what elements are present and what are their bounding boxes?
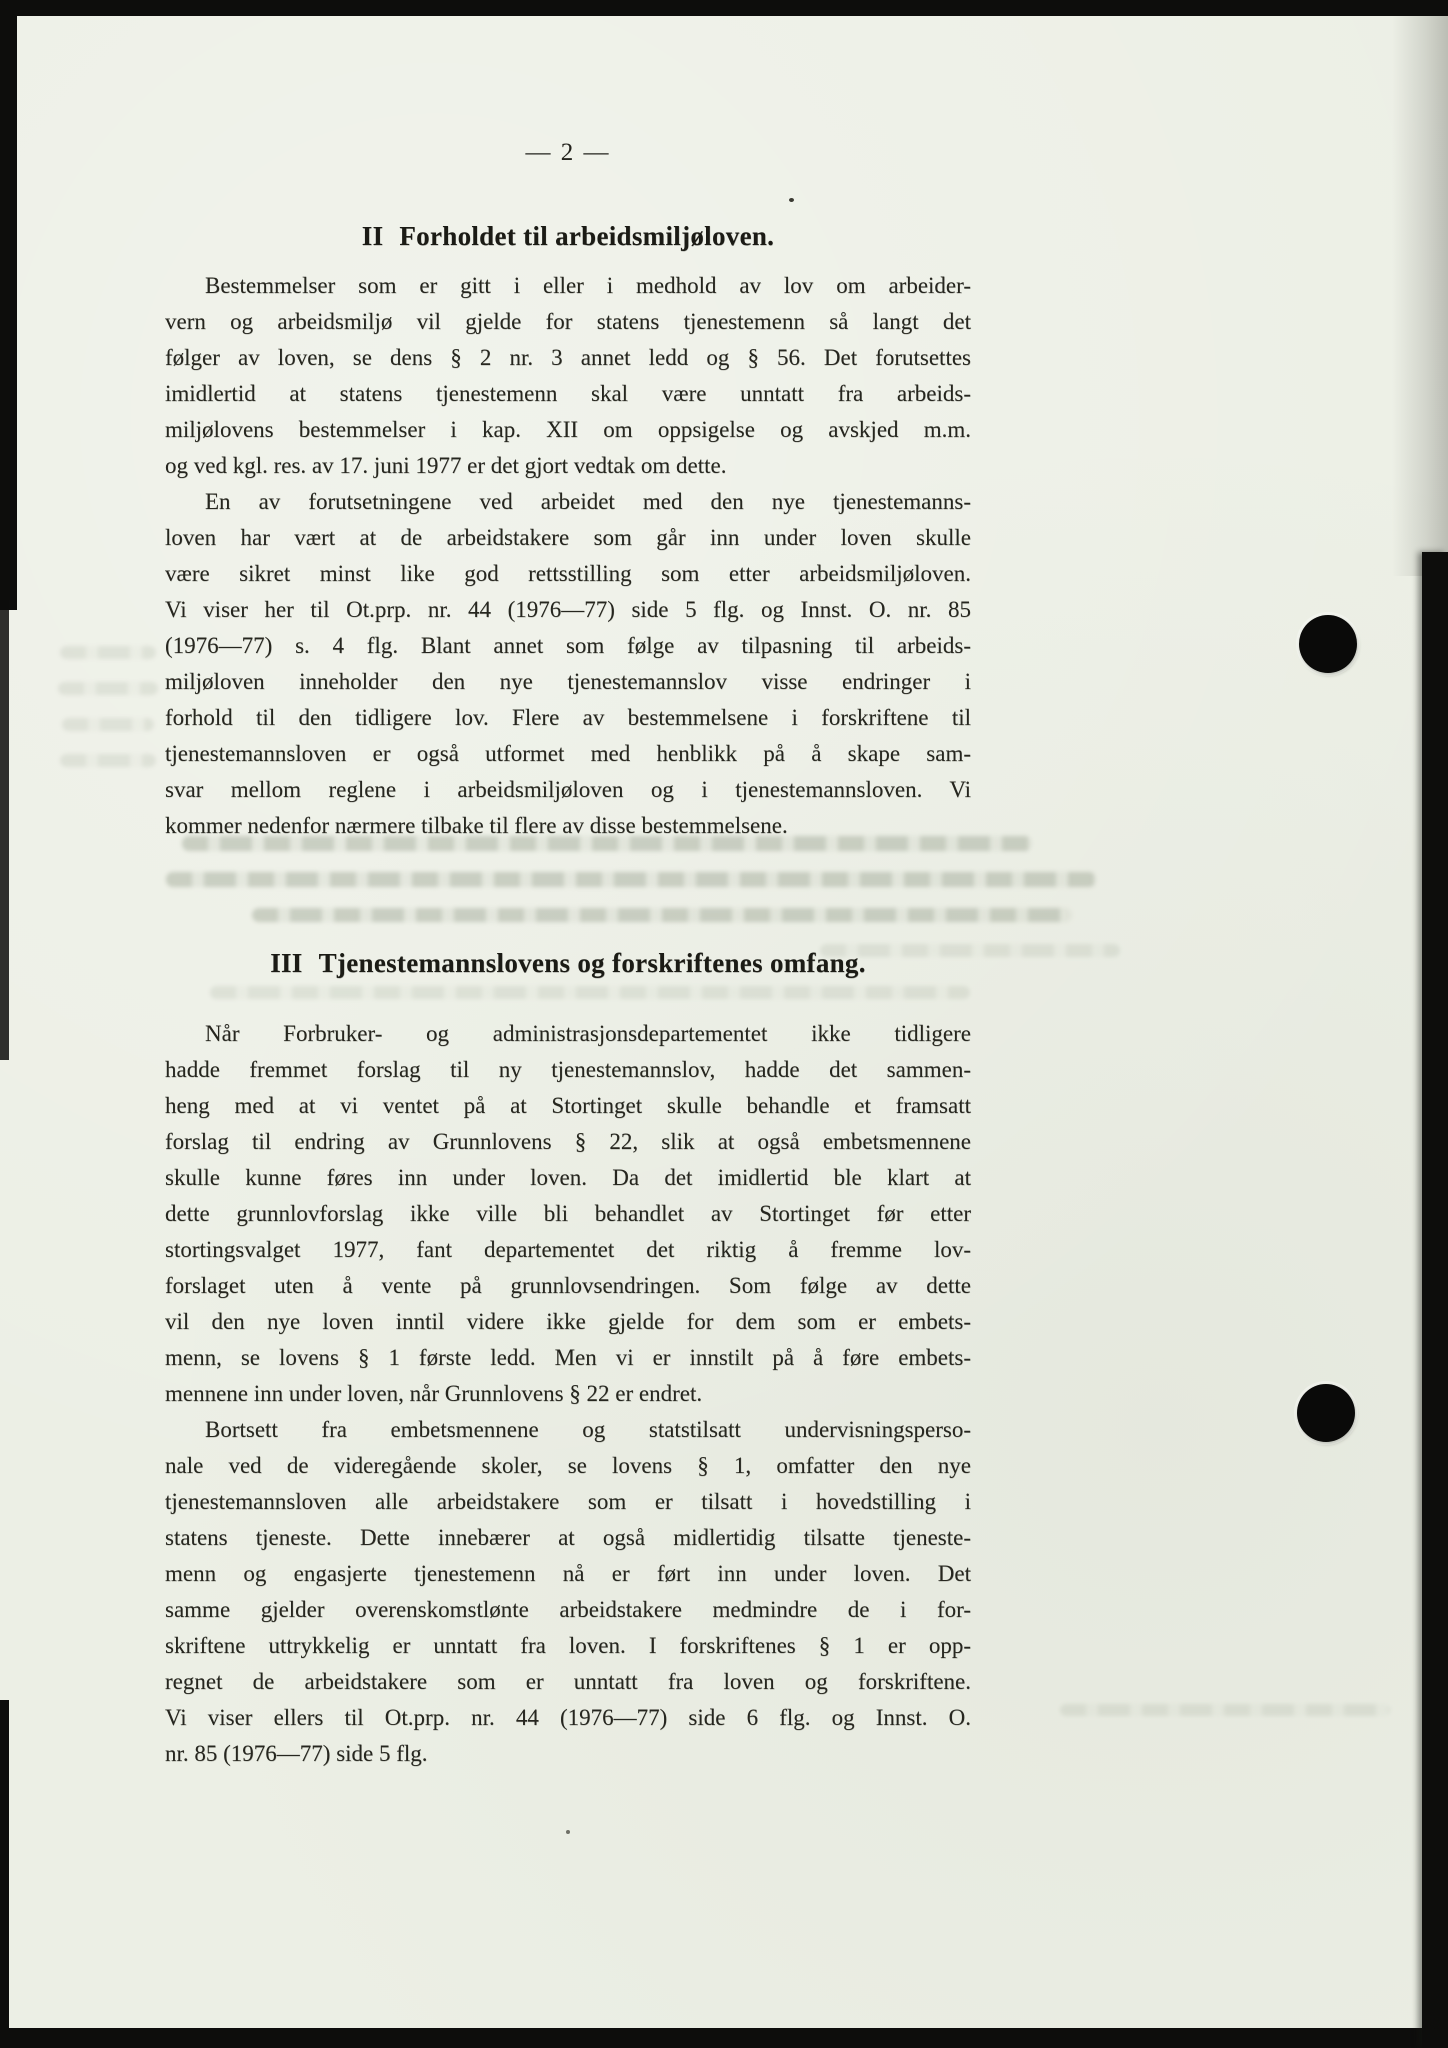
text-line: nr. 85 (1976—77) side 5 flg. [165,1736,971,1772]
text-line: samme gjelder overenskomstlønte arbeidst… [165,1592,971,1628]
section-title: Tjenestemannslovens og forskriftenes omf… [319,948,866,978]
text-line: vil den nye loven inntil videre ikke gje… [165,1304,971,1340]
bleed-through-artifact [62,718,154,731]
scan-edge-left [0,0,17,610]
bleed-through-artifact [820,944,1120,957]
text-line: hadde fremmet forslag til ny tjenesteman… [165,1052,971,1088]
text-line: skulle kunne føres inn under loven. Da d… [165,1160,971,1196]
text-line: menn, se lovens § 1 første ledd. Men vi … [165,1340,971,1376]
scan-edge-right [1422,552,1448,2048]
text-line: En av forutsetningene ved arbeidet med d… [165,484,971,520]
text-line: loven har vært at de arbeidstakere som g… [165,520,971,556]
text-line: være sikret minst like god rettsstilling… [165,556,971,592]
text-line: forslag til endring av Grunnlovens § 22,… [165,1124,971,1160]
text-line: Bestemmelser som er gitt i eller i medho… [165,268,971,304]
text-line: vern og arbeidsmiljø vil gjelde for stat… [165,304,971,340]
text-line: statens tjeneste. Dette innebærer at ogs… [165,1520,971,1556]
section-numeral: II [362,221,384,251]
text-line: forslaget uten å vente på grunnlovsendri… [165,1268,971,1304]
section-ii: IIForholdet til arbeidsmiljøloven.Bestem… [165,218,971,844]
scanned-page: — 2 — IIForholdet til arbeidsmiljøloven.… [0,0,1448,2048]
section-numeral: III [270,948,302,978]
bleed-through-artifact [60,646,156,659]
text-line: skriftene uttrykkelig er unntatt fra lov… [165,1628,971,1664]
paper-sheet: — 2 — IIForholdet til arbeidsmiljøloven.… [0,14,1448,2030]
text-line: miljøloven inneholder den nye tjenestema… [165,664,971,700]
text-line: miljølovens bestemmelser i kap. XII om o… [165,412,971,448]
text-line: tjenestemannsloven alle arbeidstakere so… [165,1484,971,1520]
section-heading: IIForholdet til arbeidsmiljøloven. [165,218,971,254]
text-line: Når Forbruker- og administrasjonsdeparte… [165,1016,971,1052]
text-line: tjenestemannsloven er også utformet med … [165,736,971,772]
text-line: (1976—77) s. 4 flg. Blant annet som følg… [165,628,971,664]
text-line: imidlertid at statens tjenestemenn skal … [165,376,971,412]
bleed-through-artifact [166,872,1096,887]
bleed-through-artifact [60,754,156,767]
paragraph: En av forutsetningene ved arbeidet med d… [165,484,971,844]
paragraph: Når Forbruker- og administrasjonsdeparte… [165,1016,971,1412]
bleed-through-artifact [210,986,970,999]
text-line: nale ved de videregående skoler, se love… [165,1448,971,1484]
scan-speck [566,1830,570,1834]
paragraph: Bortsett fra embetsmennene og statstilsa… [165,1412,971,1772]
text-line: stortingsvalget 1977, fant departementet… [165,1232,971,1268]
text-line: heng med at vi ventet på at Stortinget s… [165,1088,971,1124]
text-line: følger av loven, se dens § 2 nr. 3 annet… [165,340,971,376]
text-line: mennene inn under loven, når Grunnlovens… [165,1376,971,1412]
scan-edge-bottom [0,2028,1448,2048]
text-line: svar mellom reglene i arbeidsmiljøloven … [165,772,971,808]
text-line: Vi viser her til Ot.prp. nr. 44 (1976—77… [165,592,971,628]
section-iii: IIITjenestemannslovens og forskriftenes … [165,945,971,1772]
hole-punch [1299,615,1357,673]
section-title: Forholdet til arbeidsmiljøloven. [399,221,774,251]
scan-edge-top [0,0,1448,16]
text-line: forhold til den tidligere lov. Flere av … [165,700,971,736]
scan-edge-left [0,1700,9,2048]
text-line: Vi viser ellers til Ot.prp. nr. 44 (1976… [165,1700,971,1736]
bleed-through-artifact [58,682,158,695]
page-number: — 2 — [165,139,971,167]
bleed-through-artifact [1060,1704,1390,1716]
text-line: menn og engasjerte tjenestemenn nå er fø… [165,1556,971,1592]
text-line: dette grunnlovforslag ikke ville bli beh… [165,1196,971,1232]
scan-edge-left [0,600,9,1060]
page-edge-shadow [1392,16,1448,576]
text-line: og ved kgl. res. av 17. juni 1977 er det… [165,448,971,484]
bleed-through-artifact [182,836,1032,851]
text-line: Bortsett fra embetsmennene og statstilsa… [165,1412,971,1448]
paragraph: Bestemmelser som er gitt i eller i medho… [165,268,971,484]
scan-speck [789,198,794,202]
bleed-through-artifact [252,908,1072,922]
text-line: regnet de arbeidstakere som er unntatt f… [165,1664,971,1700]
hole-punch [1297,1384,1355,1442]
